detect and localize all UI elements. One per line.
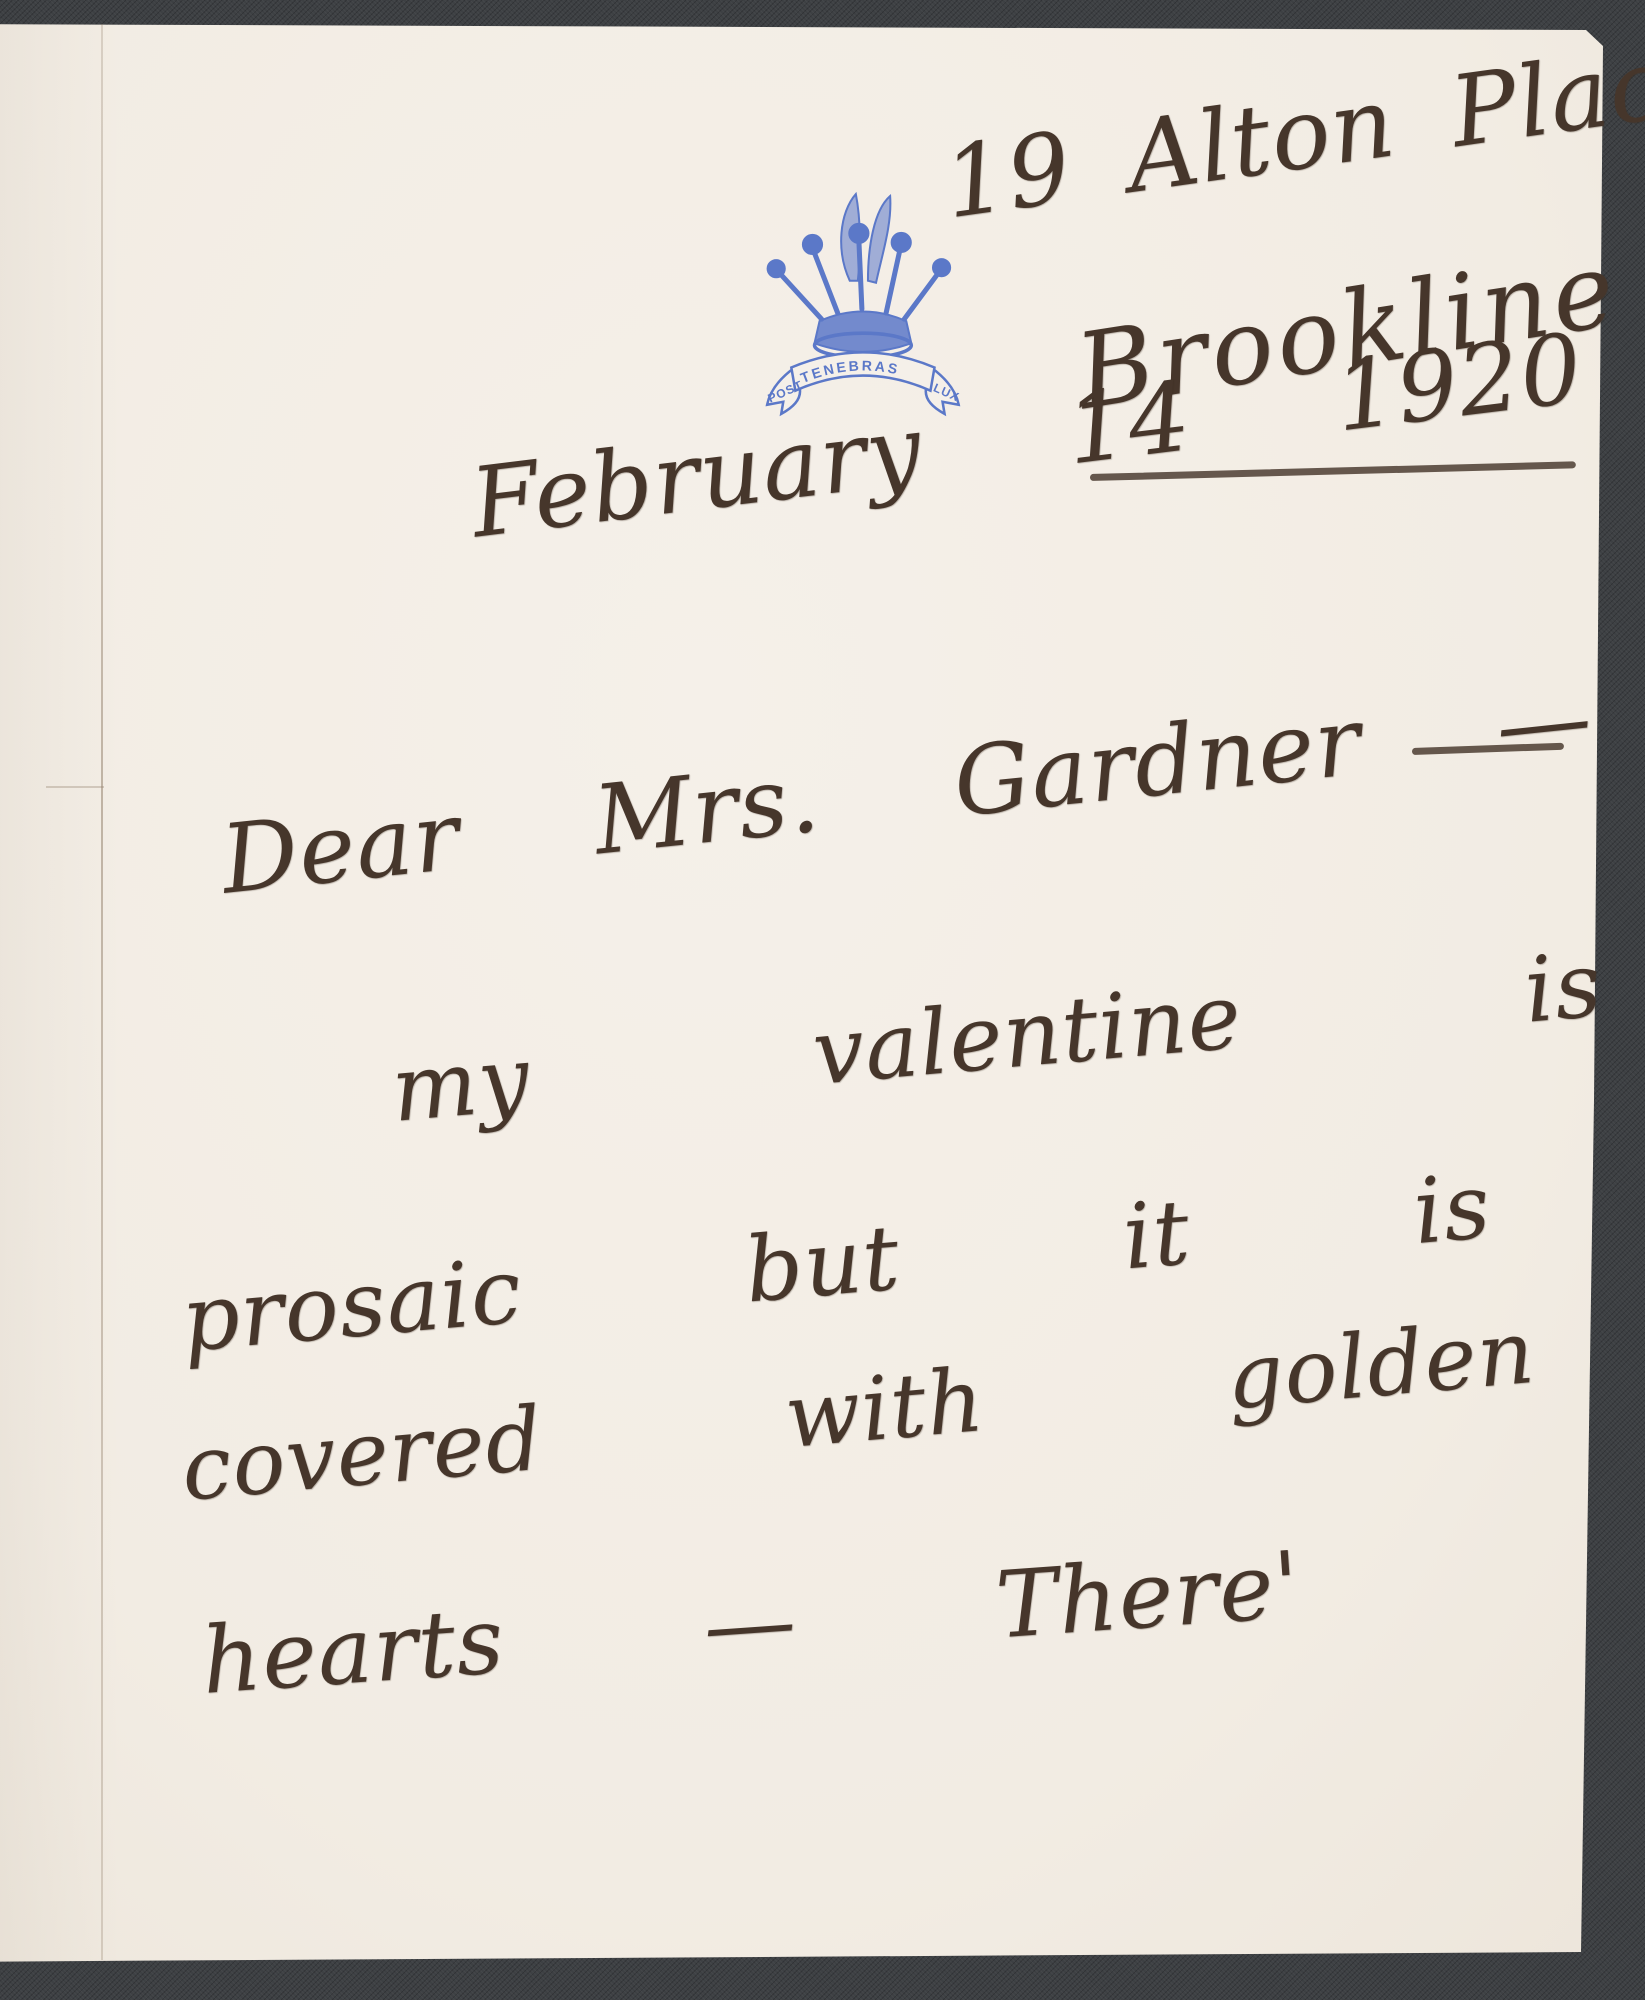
paper-fold-crease (101, 24, 103, 1960)
paper-fold-crease-horizontal (46, 786, 104, 788)
crown-icon (767, 223, 951, 357)
photographed-letter: TENEBRAS POST LUX 19 Alton Place Brookli… (0, 0, 1645, 2000)
